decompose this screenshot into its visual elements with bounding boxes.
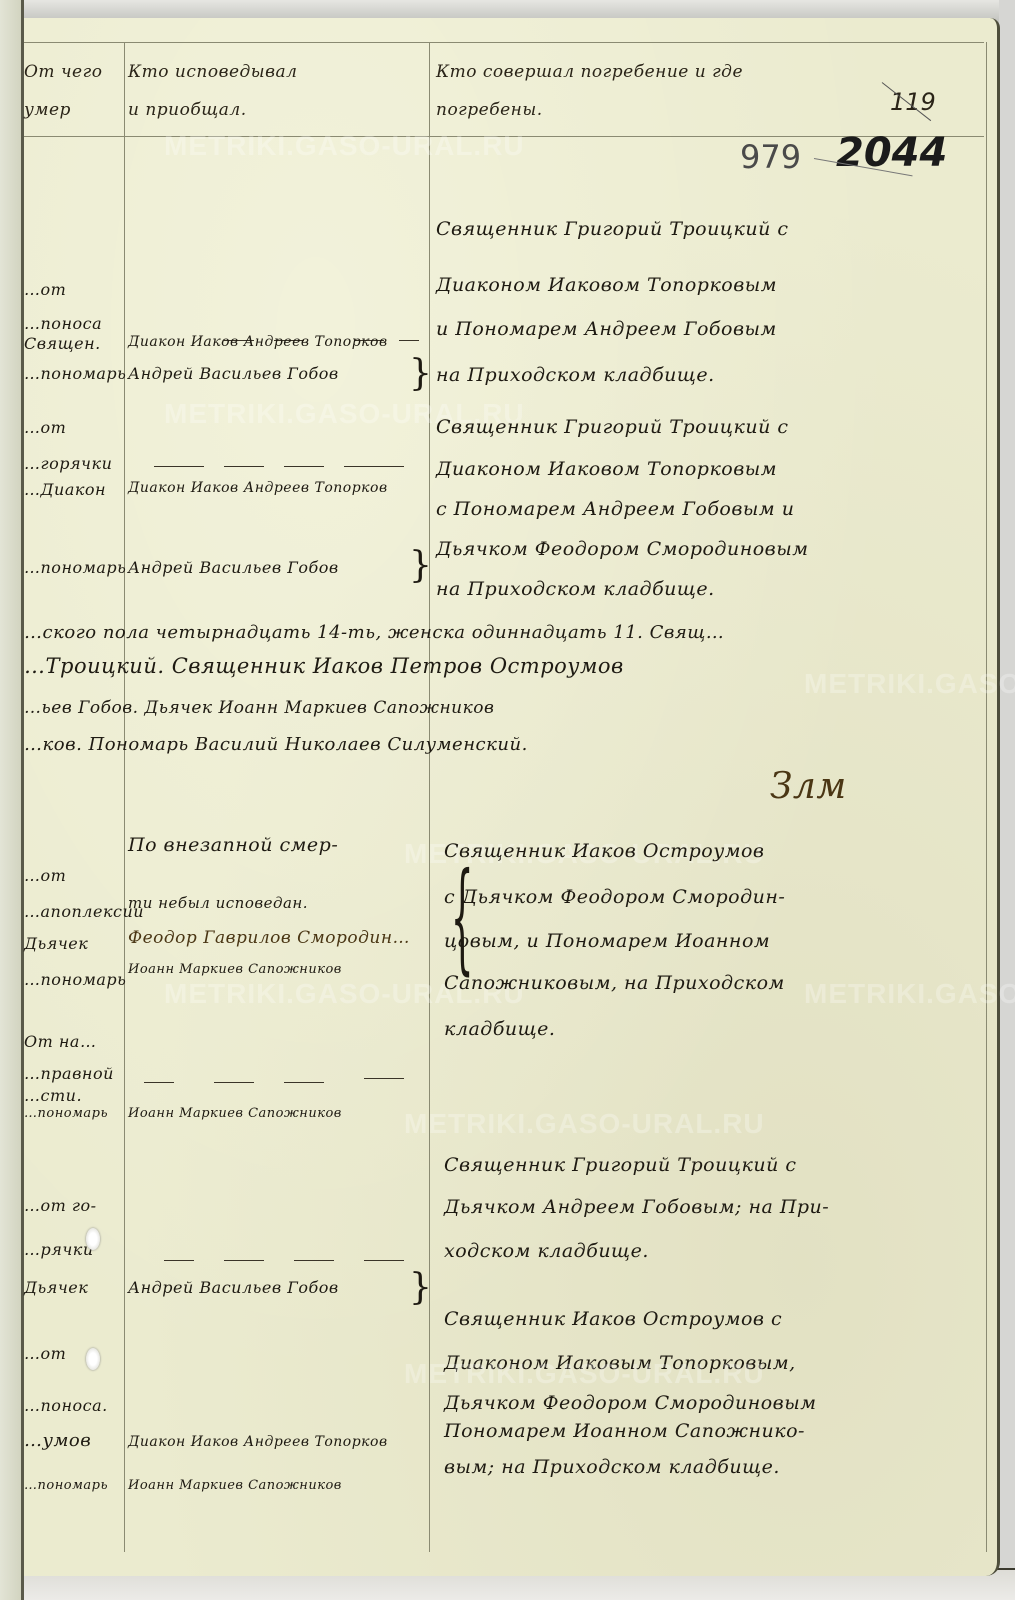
entry5-cause-line1: …от xyxy=(24,866,66,885)
entry8-confessor-line2: Иоанн Маркиев Сапожников xyxy=(128,1478,342,1493)
brace: } xyxy=(409,548,432,584)
entry7-burial-line3: ходском кладбище. xyxy=(444,1240,649,1262)
watermark: METRIKI.GASO-URAL.RU xyxy=(404,1108,765,1140)
ditto-dash xyxy=(144,1082,174,1083)
entry1-burial-line3: и Пономарем Андреем Гобовым xyxy=(436,318,777,340)
entry6-cause-line2: …правной xyxy=(24,1064,114,1083)
entry1-burial-line4: на Приходском кладбище. xyxy=(436,364,715,386)
entry1-cause-line4: …пономарь xyxy=(24,364,126,383)
entry1-burial-line2: Диаконом Иаковом Топорковым xyxy=(436,274,777,296)
facing-page-edge xyxy=(0,0,24,1600)
entry6-cause-line3: …сти. xyxy=(24,1086,82,1105)
entry1-burial-line1: Священник Григорий Троицкий с xyxy=(436,218,789,240)
scan-right-edge xyxy=(999,0,1015,1600)
ditto-dash xyxy=(164,1260,194,1261)
entry8-confessor-line1: Диакон Иаков Андреев Топорков xyxy=(128,1434,388,1450)
archive-number-ink: 2044 xyxy=(836,130,947,176)
ditto-dash xyxy=(154,466,204,467)
entry8-cause-line2: …поноса. xyxy=(24,1396,108,1415)
ditto-dash xyxy=(399,340,419,341)
watermark: METRIKI.GASO-URAL.RU xyxy=(164,130,525,162)
entry5-burial-line1: Священник Иаков Остроумов xyxy=(444,840,764,862)
entry8-cause-line3: …умов xyxy=(24,1430,91,1451)
entry5-confessor-line3: Феодор Гаврилов Смородин… xyxy=(128,928,410,948)
watermark: METRIKI.GASO-URAL.RU xyxy=(804,978,1015,1010)
entry8-cause-line1: …от xyxy=(24,1344,66,1363)
binding-hole xyxy=(86,1348,100,1370)
brace: } xyxy=(409,1270,432,1306)
ditto-dash xyxy=(344,466,404,467)
entry2-cause-line3: …Диакон xyxy=(24,480,106,499)
entry7-cause-line1: …от го- xyxy=(24,1196,97,1215)
entry7-confessor-line1: Андрей Васильев Гобов xyxy=(128,1278,339,1297)
ditto-dash xyxy=(224,1260,264,1261)
ditto-dash xyxy=(224,466,264,467)
entry1-cause-line1: …от xyxy=(24,280,66,299)
ditto-dash xyxy=(284,466,324,467)
entry1-cause-line3: Священ. xyxy=(24,334,101,353)
page-right-rule xyxy=(986,42,987,1552)
entry5-burial-line3: цовым, и Пономарем Иоанном xyxy=(444,930,770,952)
entry8-burial-line4: Пономарем Иоанном Сапожнико- xyxy=(444,1420,805,1442)
brace: } xyxy=(409,356,432,392)
header-confessor-line2: и приобщал. xyxy=(128,100,247,120)
entry5-burial-line2: с Дьячком Феодором Смородин- xyxy=(444,886,785,908)
header-burial-line1: Кто совершал погребение и где xyxy=(436,62,743,82)
summary-line1: …ского пола четырнадцать 14-ть, женска о… xyxy=(24,622,724,643)
header-cause-line1: От чего xyxy=(24,62,102,82)
entry6-confessor-line1: Иоанн Маркиев Сапожников xyxy=(128,1106,342,1121)
entry2-confessor-line1: Диакон Иаков Андреев Топорков xyxy=(128,480,388,496)
entry3-cause-line1: …пономарь xyxy=(24,558,126,577)
entry6-cause-line4: …пономарь xyxy=(24,1106,108,1121)
entry6-cause-line1: От на… xyxy=(24,1032,96,1051)
entry5-burial-line5: кладбище. xyxy=(444,1018,555,1040)
ditto-dash xyxy=(214,1082,254,1083)
entry2-burial-line2: Диаконом Иаковом Топорковым xyxy=(436,458,777,480)
entry2-cause-line2: …горячки xyxy=(24,454,112,473)
ditto-dash xyxy=(364,1078,404,1079)
ditto-dash xyxy=(294,1260,334,1261)
entry3-confessor-line1: Андрей Васильев Гобов xyxy=(128,558,339,577)
entry8-burial-line1: Священник Иаков Остроумов с xyxy=(444,1308,782,1330)
summary-line4: …ков. Пономарь Василий Николаев Силуменс… xyxy=(24,734,528,755)
entry5-confessor-line1: По внезапной смер- xyxy=(128,834,338,856)
summary-line3: …ьев Гобов. Дьячек Иоанн Маркиев Сапожни… xyxy=(24,698,494,718)
column-rule-1 xyxy=(124,42,125,1552)
entry2-burial-line3: с Пономарем Андреем Гобовым и xyxy=(436,498,794,520)
brace: { xyxy=(451,858,474,978)
header-cause-line2: умер xyxy=(24,100,71,120)
entry7-cause-line3: Дьячек xyxy=(24,1278,88,1297)
entry5-burial-line4: Сапожниковым, на Приходском xyxy=(444,972,785,994)
entry1-confessor-line2: Андрей Васильев Гобов xyxy=(128,364,339,383)
entry8-burial-line5: вым; на Приходском кладбище. xyxy=(444,1456,780,1478)
entry1-cause-line2: …поноса xyxy=(24,314,102,333)
header-confessor-line1: Кто исповедывал xyxy=(128,62,298,82)
entry2-burial-line5: на Приходском кладбище. xyxy=(436,578,715,600)
entry5-confessor-line4: Иоанн Маркиев Сапожников xyxy=(128,962,342,977)
summary-line2: …Троицкий. Священник Иаков Петров Остроу… xyxy=(24,654,624,678)
folio-number: 119 xyxy=(890,88,936,116)
entry7-burial-line2: Дьячком Андреем Гобовым; на При- xyxy=(444,1196,829,1218)
entry8-burial-line2: Диаконом Иаковым Топорковым, xyxy=(444,1352,796,1374)
ditto-dash xyxy=(364,1260,404,1261)
entry1-confessor-line1: Диакон Иаков Андреев Топорков xyxy=(128,334,388,350)
entry2-burial-line1: Священник Григорий Троицкий с xyxy=(436,416,789,438)
entry2-burial-line4: Дьячком Феодором Смородиновым xyxy=(436,538,808,560)
ditto-dash xyxy=(284,1082,324,1083)
register-page: METRIKI.GASO-URAL.RU METRIKI.GASO-URAL.R… xyxy=(24,18,1000,1576)
entry5-cause-line3: Дьячек xyxy=(24,934,88,953)
entry5-cause-line2: …апоплексии xyxy=(24,902,144,921)
watermark: METRIKI.GASO-URAL.RU xyxy=(804,668,1015,700)
binding-hole xyxy=(86,1228,100,1250)
entry8-cause-line4: …пономарь xyxy=(24,1478,108,1493)
entry7-cause-line2: …рячки xyxy=(24,1240,94,1259)
entry5-cause-line4: …пономарь xyxy=(24,970,126,989)
entry5-confessor-line2: ти небыл исповедан. xyxy=(128,894,308,912)
column-rule-2 xyxy=(429,42,430,1552)
header-burial-line2: погребены. xyxy=(436,100,543,120)
entry2-cause-line1: …от xyxy=(24,418,66,437)
entry7-burial-line1: Священник Григорий Троицкий с xyxy=(444,1154,797,1176)
archive-number-pencil: 979 xyxy=(740,138,801,176)
signature: Злм xyxy=(770,766,847,807)
entry8-burial-line3: Дьячком Феодором Смородиновым xyxy=(444,1392,816,1414)
header-top-rule xyxy=(24,42,984,43)
